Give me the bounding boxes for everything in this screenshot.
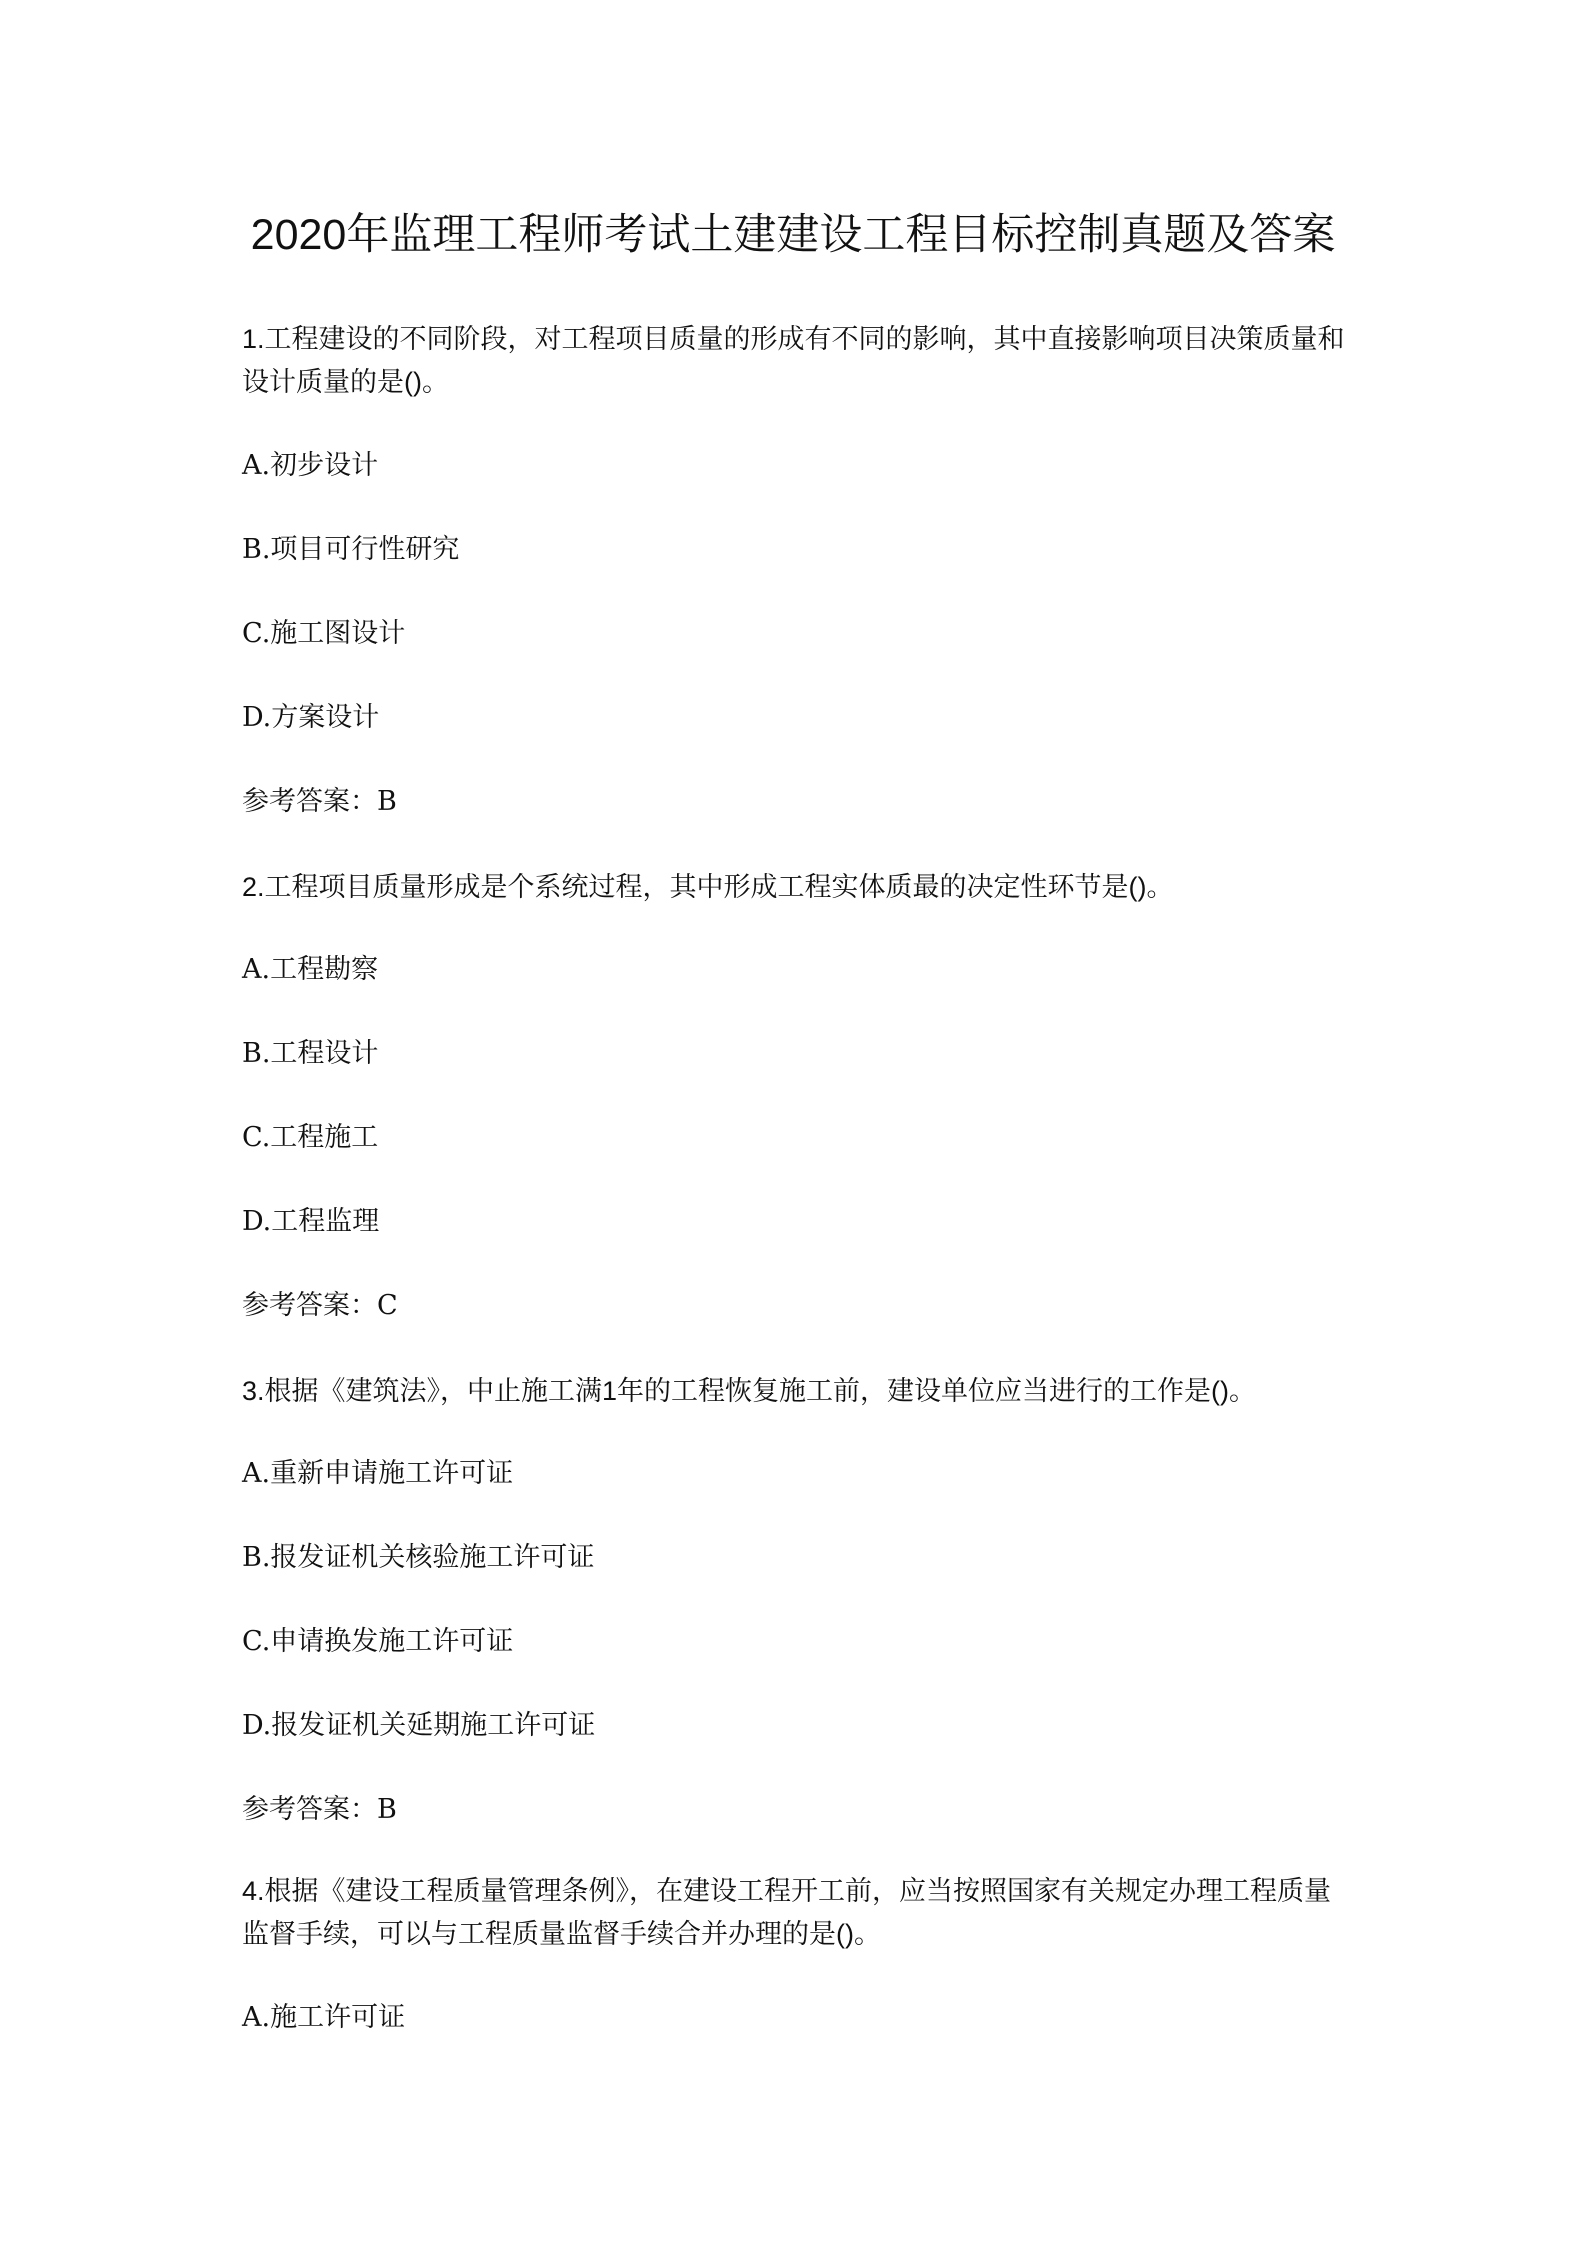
question-1-option-b: B.项目可行性研究 — [242, 530, 459, 570]
question-2-answer: 参考答案：C — [242, 1286, 398, 1326]
question-2-stem: 2.工程项目质量形成是个系统过程，其中形成工程实体质最的决定性环节是()。 — [242, 866, 1352, 908]
document-page: 2020年监理工程师考试土建建设工程目标控制真题及答案 1.工程建设的不同阶段，… — [0, 0, 1586, 2244]
question-3-option-d: D.报发证机关延期施工许可证 — [242, 1706, 595, 1746]
question-2-option-d: D.工程监理 — [242, 1202, 379, 1242]
question-4-option-a: A.施工许可证 — [242, 1998, 405, 2038]
question-3-answer: 参考答案：B — [242, 1790, 397, 1830]
question-3-option-a: A.重新申请施工许可证 — [242, 1454, 513, 1494]
question-1-option-d: D.方案设计 — [242, 698, 379, 738]
question-4-stem: 4.根据《建设工程质量管理条例》，在建设工程开工前，应当按照国家有关规定办理工程… — [242, 1870, 1352, 1956]
document-title: 2020年监理工程师考试土建建设工程目标控制真题及答案 — [0, 205, 1586, 265]
question-1-option-c: C.施工图设计 — [242, 614, 405, 654]
question-3-option-c: C.申请换发施工许可证 — [242, 1622, 513, 1662]
question-3-option-b: B.报发证机关核验施工许可证 — [242, 1538, 594, 1578]
question-2-option-c: C.工程施工 — [242, 1118, 378, 1158]
question-3-stem: 3.根据《建筑法》，中止施工满1年的工程恢复施工前，建设单位应当进行的工作是()… — [242, 1370, 1352, 1412]
question-1-stem: 1.工程建设的不同阶段，对工程项目质量的形成有不同的影响，其中直接影响项目决策质… — [242, 318, 1352, 404]
question-2-option-a: A.工程勘察 — [242, 950, 378, 990]
question-1-option-a: A.初步设计 — [242, 446, 378, 486]
question-2-option-b: B.工程设计 — [242, 1034, 378, 1074]
question-1-answer: 参考答案：B — [242, 782, 397, 822]
